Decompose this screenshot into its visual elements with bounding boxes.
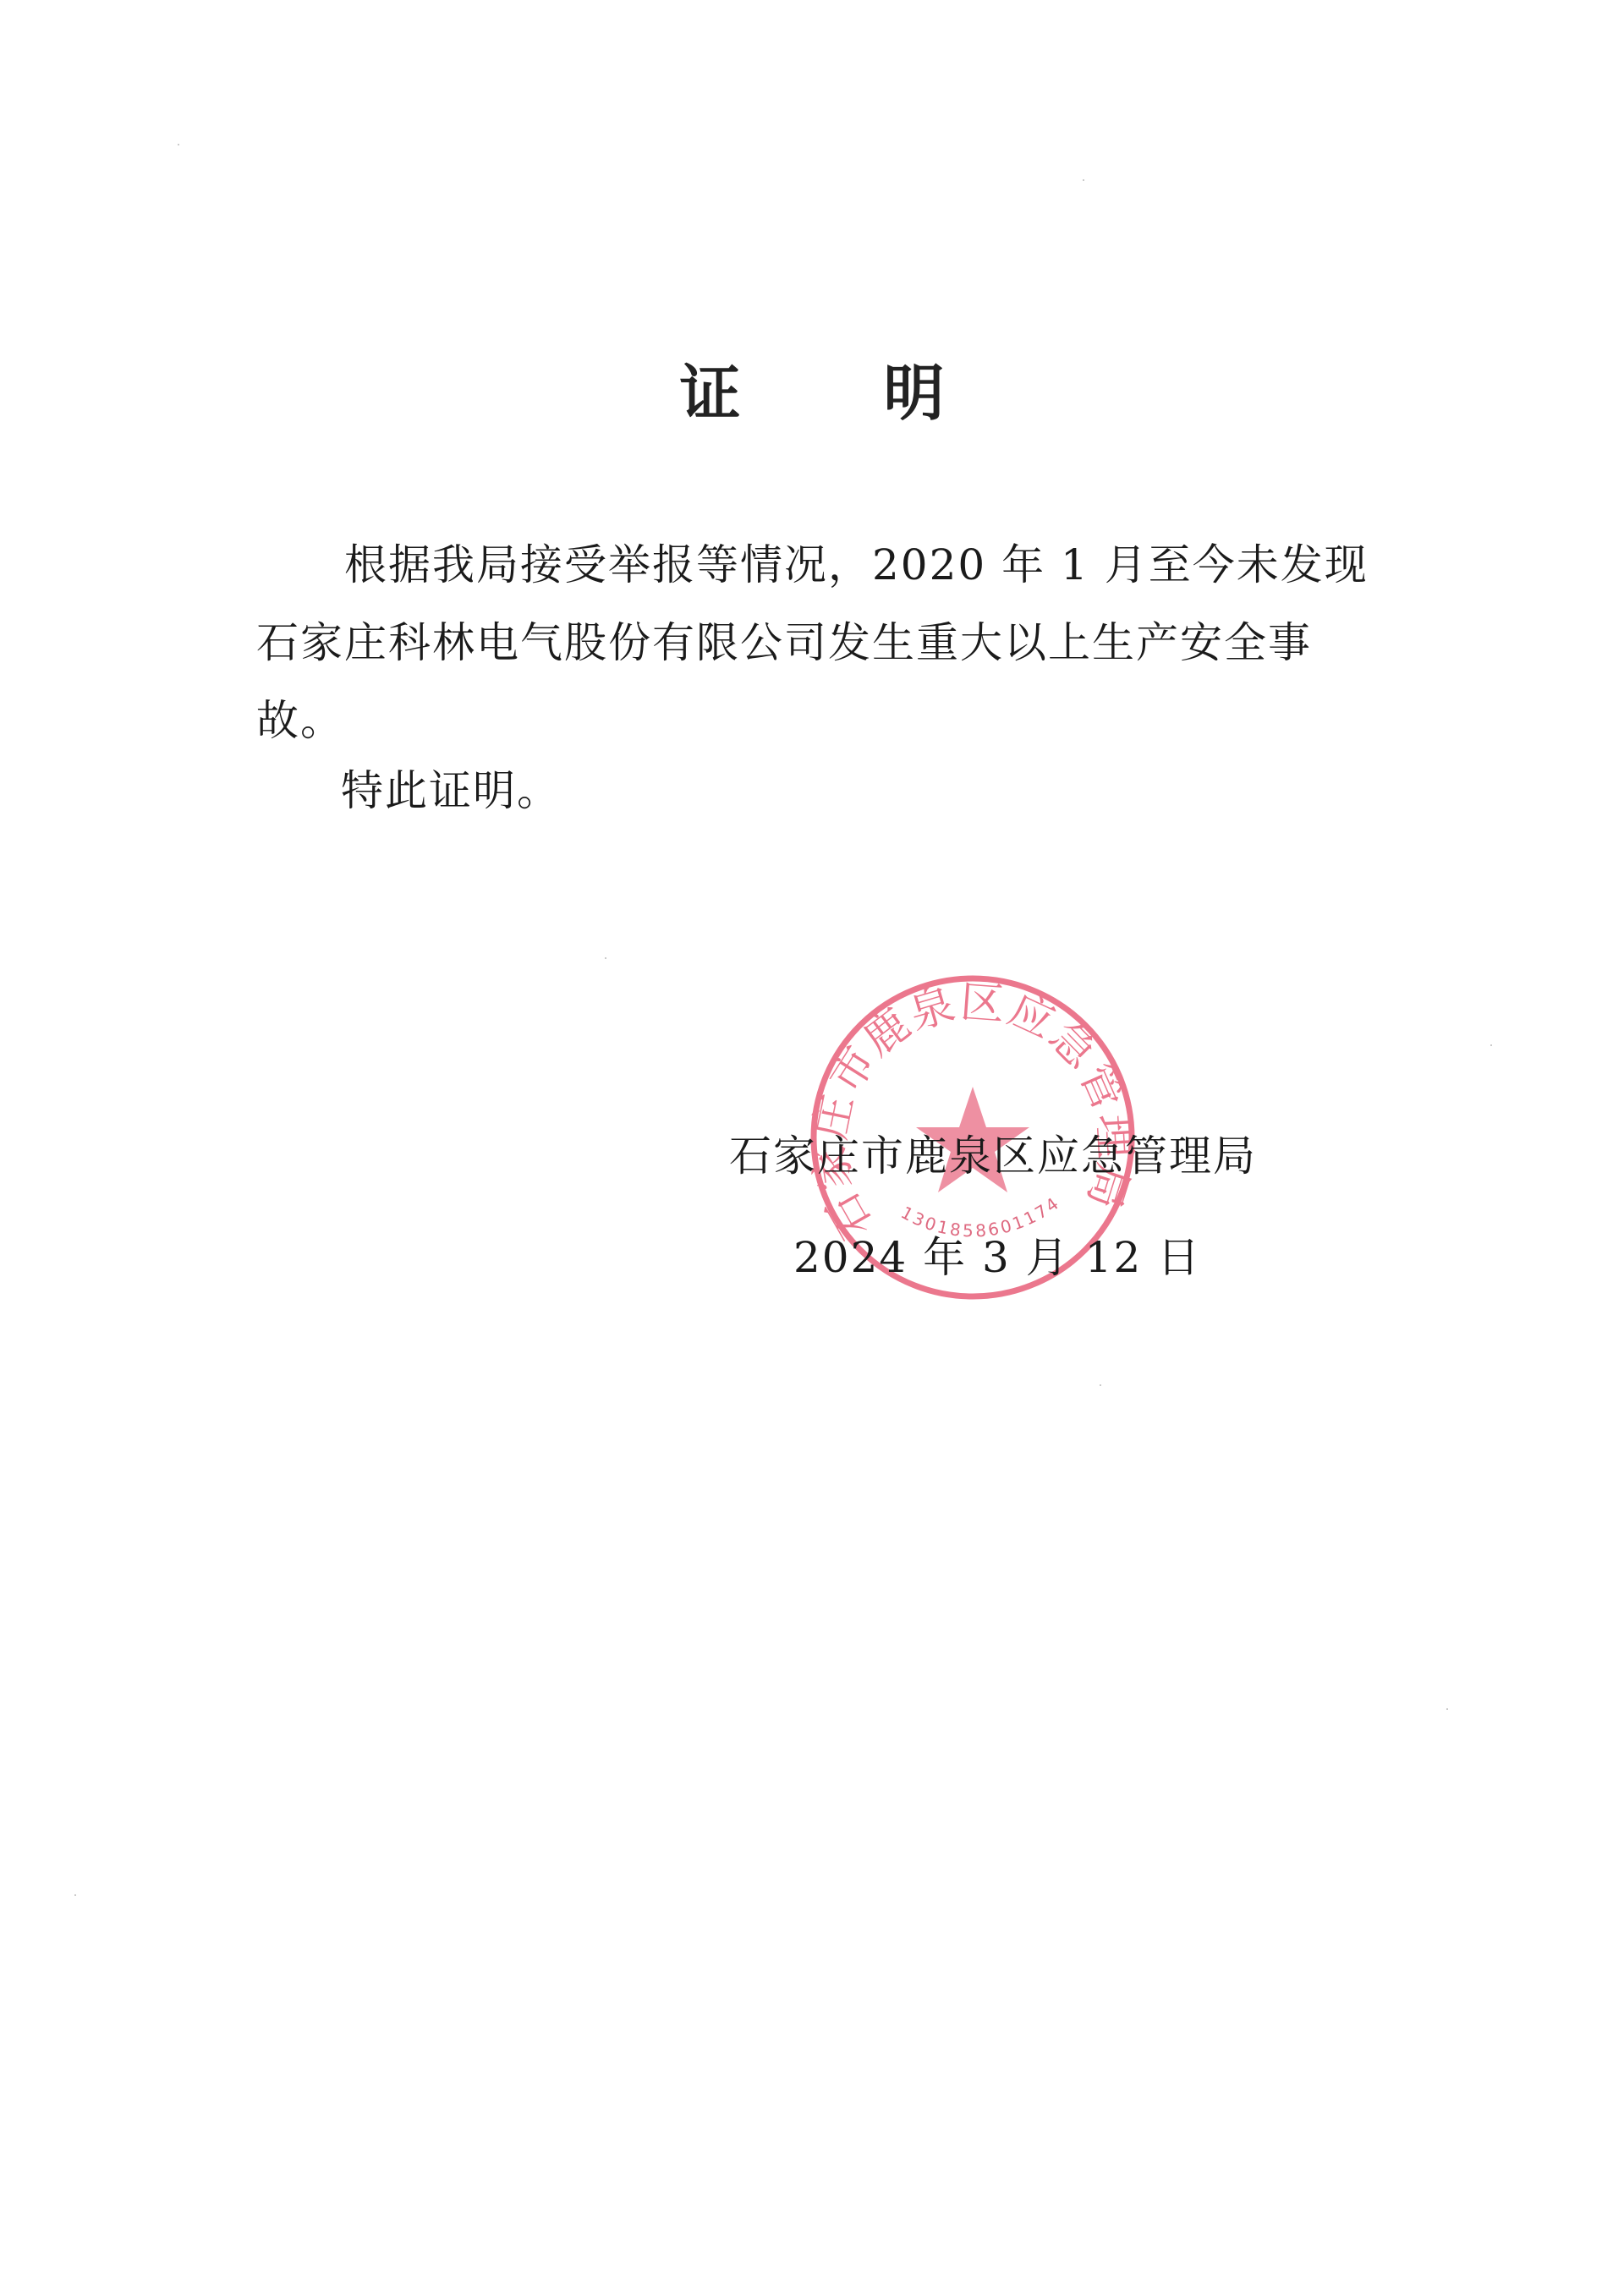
scan-speck [178,144,179,145]
issuer-signature: 石家庄市鹿泉区应急管理局 [729,1128,1257,1184]
scan-speck [1446,1708,1448,1710]
scan-speck [605,957,606,959]
body-paragraph: 根据我局接受举报等情况，2020 年 1 月至今未发现石家庄科林电气股份有限公司… [256,526,1390,759]
scan-speck [74,1894,76,1896]
document-title: 证 明 [0,355,1624,431]
scan-speck [1083,179,1084,181]
issue-date: 2024 年 3 月 12 日 [793,1230,1201,1285]
closing-statement: 特此证明。 [341,761,561,820]
scan-speck [1490,1044,1492,1046]
document-page: 证 明 根据我局接受举报等情况，2020 年 1 月至今未发现石家庄科林电气股份… [0,0,1624,2296]
scan-speck [1100,1384,1101,1386]
